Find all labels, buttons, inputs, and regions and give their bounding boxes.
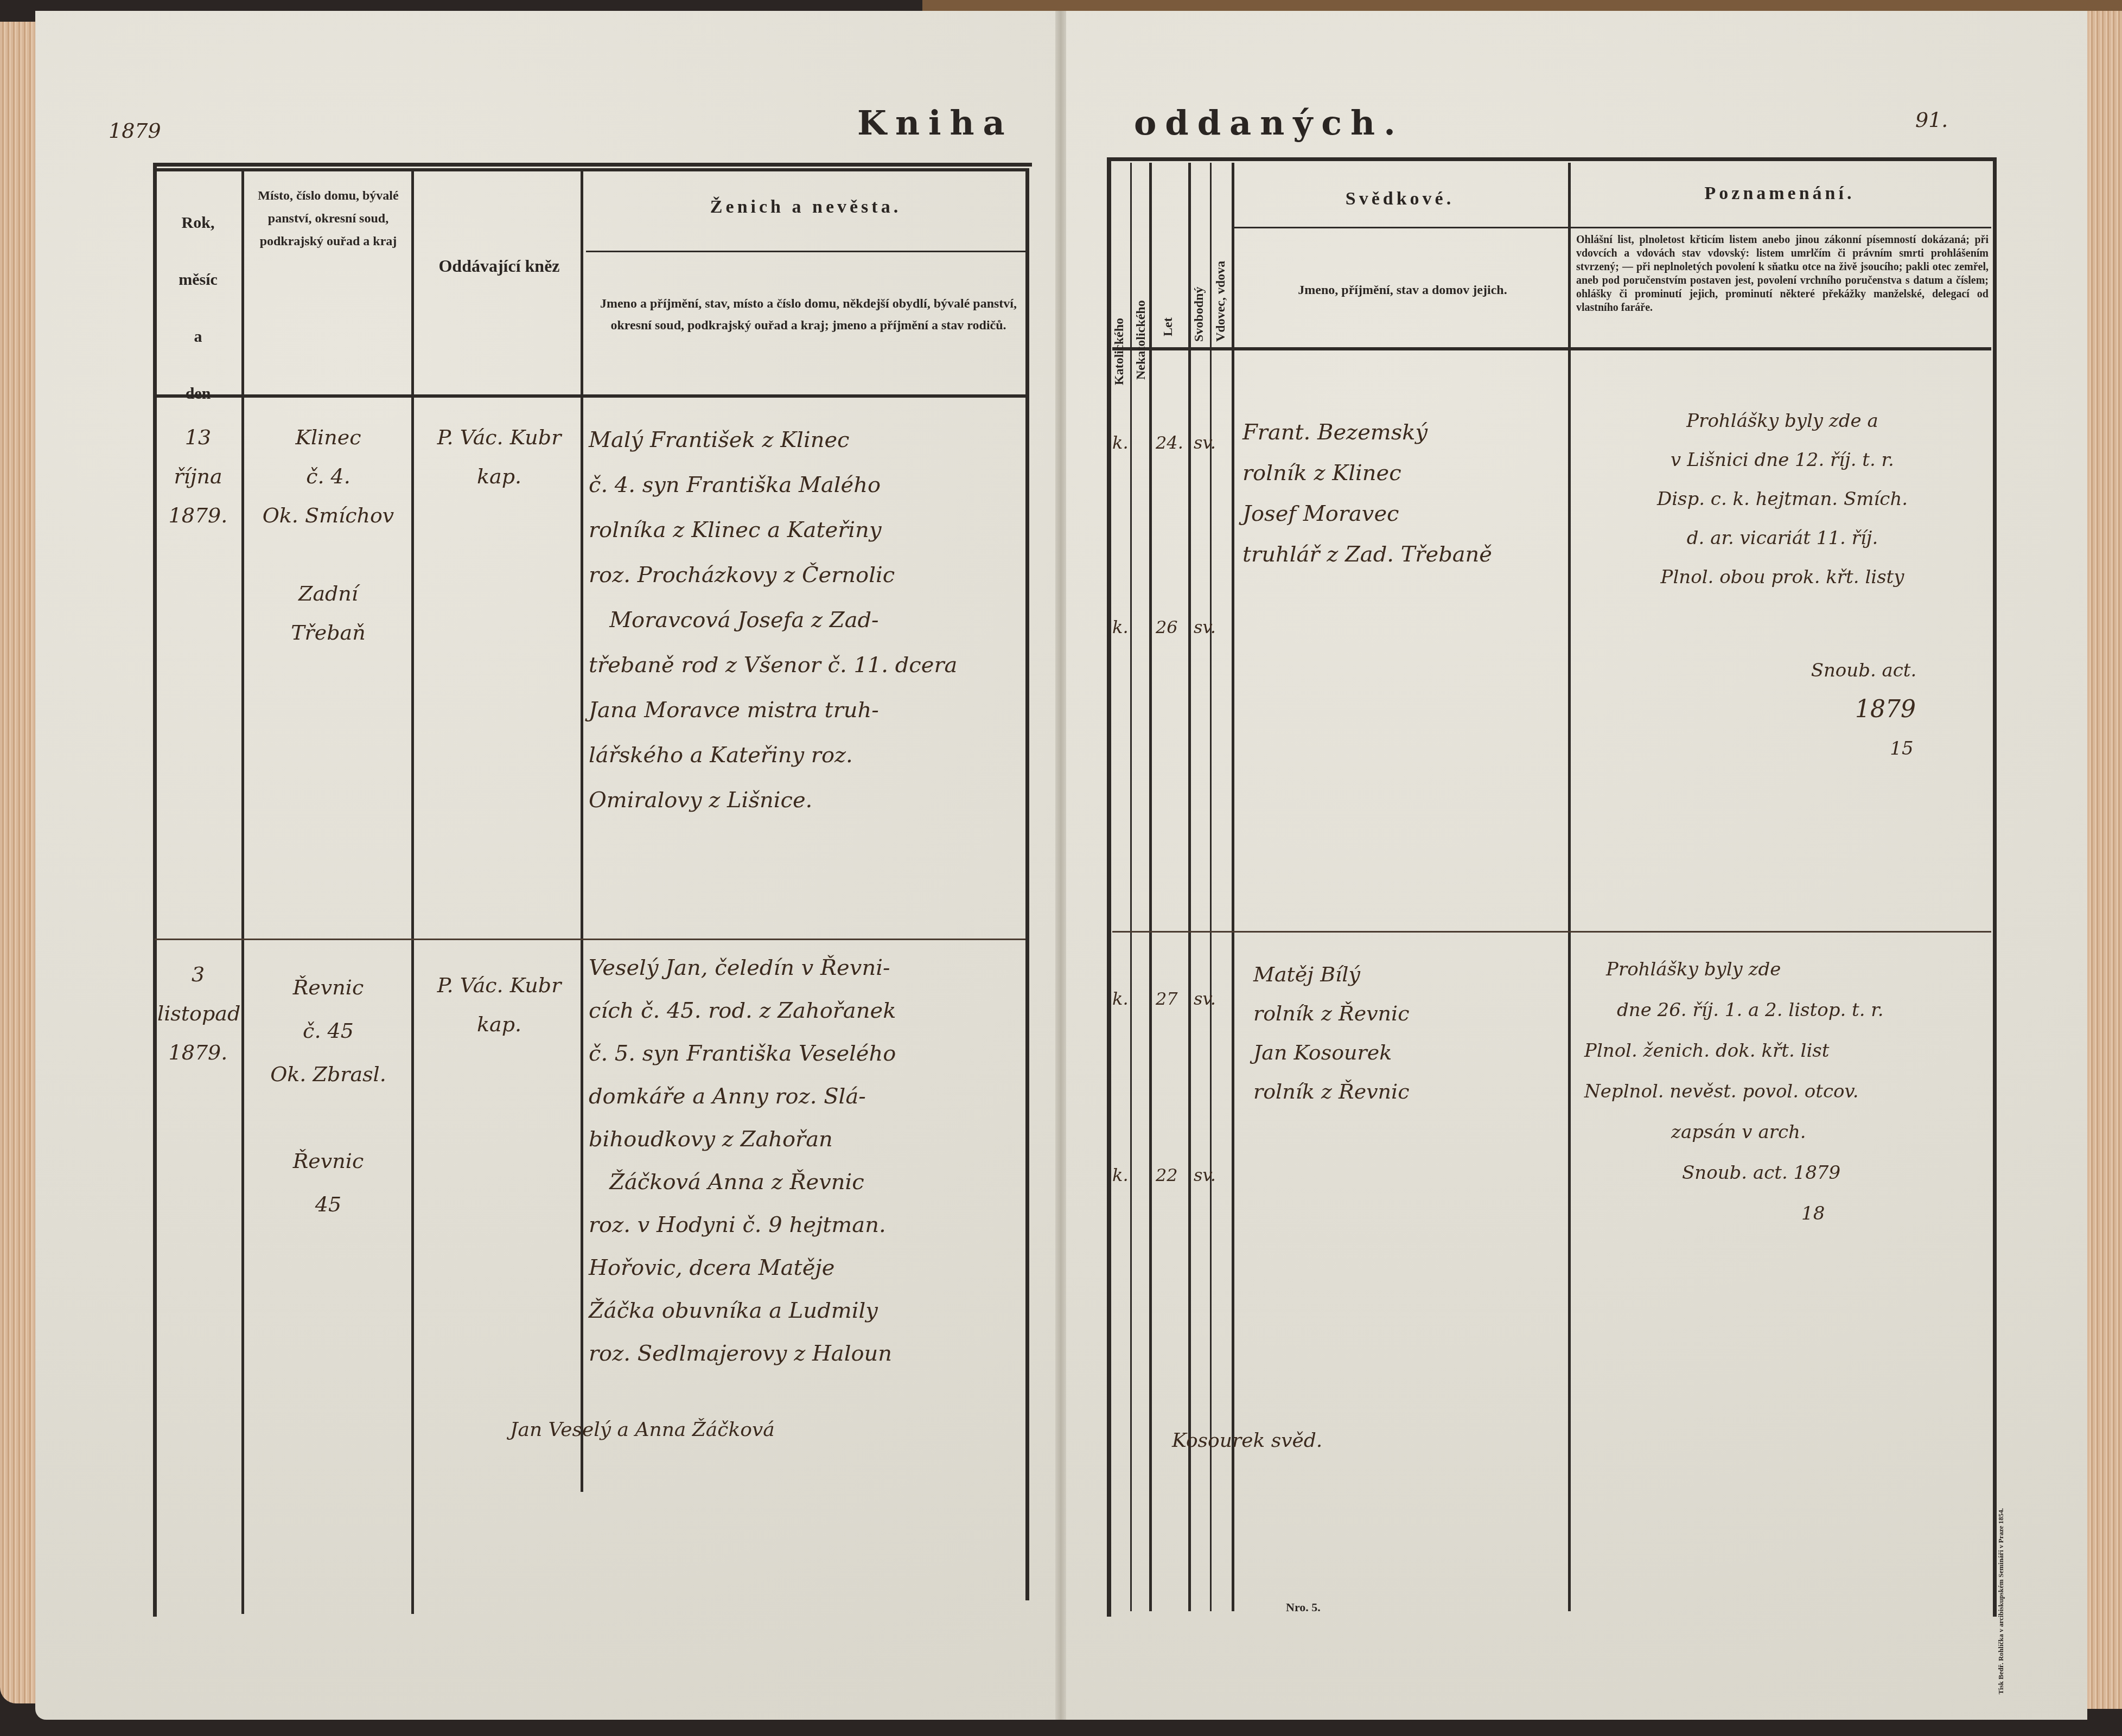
entry2-date: 3 listopad 1879. bbox=[157, 955, 239, 1072]
header-witnesses-title: Svědkové. bbox=[1237, 187, 1563, 211]
entry2-place-line: 45 bbox=[250, 1183, 407, 1226]
title-right: oddaných. bbox=[1134, 103, 1404, 143]
entry1-date: 13 října 1879. bbox=[157, 418, 239, 535]
header-couple-title: Ženich a nevěsta. bbox=[589, 195, 1023, 219]
spacer bbox=[250, 535, 407, 574]
entry1-note-line: Disp. c. k. hejtman. Smích. bbox=[1579, 480, 1986, 519]
entry1-couple-line: Malý František z Klinec bbox=[589, 418, 957, 463]
page-edges-left bbox=[0, 22, 38, 1703]
header-age: Let bbox=[1161, 304, 1176, 336]
entry1-note-line: d. ar. vicariát 11. říj. bbox=[1579, 519, 1986, 558]
entry1-witness-line: rolník z Klinec bbox=[1242, 453, 1492, 494]
entry2-witness-line: Jan Kosourek bbox=[1253, 1033, 1410, 1072]
entry1-note-line: 1879 bbox=[1579, 690, 1986, 729]
entry1-couple-line: rolníka z Klinec a Kateřiny bbox=[589, 508, 957, 553]
entry2-couple-line: cích č. 45. rod. z Zahořanek bbox=[589, 990, 896, 1032]
form-number: Nro. 5. bbox=[1286, 1600, 1321, 1614]
entry1-witness-line: Josef Moravec bbox=[1242, 494, 1492, 534]
entry2-couple-line: domkáře a Anny roz. Slá- bbox=[589, 1075, 896, 1118]
entry1-year: 1879. bbox=[157, 496, 239, 535]
entry2-bride-age: 22 bbox=[1156, 1156, 1178, 1195]
left-table-frame bbox=[153, 163, 1032, 1617]
entry2-couple-line: bihoudkovy z Zahořan bbox=[589, 1118, 896, 1161]
entry2-couple-line: Žáčka obuvníka a Ludmily bbox=[589, 1290, 896, 1332]
book-cover-edge bbox=[922, 0, 2122, 11]
col-divider bbox=[581, 168, 583, 1492]
entry2-note-line: Neplnol. nevěst. povol. otcov. bbox=[1584, 1071, 1986, 1112]
entry2-place-line: Ok. Zbrasl. bbox=[250, 1052, 407, 1096]
entry-separator bbox=[155, 939, 1025, 940]
entry2-bride-religion: k. bbox=[1112, 1156, 1129, 1195]
title-left: Kniha bbox=[857, 103, 1014, 143]
header-witnesses-sub: Jmeno, příjmění, stav a domov jejich. bbox=[1240, 282, 1565, 299]
entry2-bride-status: sv. bbox=[1194, 1156, 1216, 1195]
spacer bbox=[1579, 597, 1986, 651]
header-date: Rok, měsíc a den bbox=[157, 194, 239, 422]
entry1-note-line: Plnol. obou prok. křt. listy bbox=[1579, 558, 1986, 597]
col-divider bbox=[1130, 163, 1132, 1611]
entry2-day: 3 bbox=[157, 955, 239, 994]
entry1-witness-line: Frant. Bezemský bbox=[1242, 412, 1492, 453]
header-place: Místo, číslo domu, bývalé panství, okres… bbox=[250, 184, 407, 253]
entry2-witness-line: Matěj Bílý bbox=[1253, 955, 1410, 994]
entry2-priest-title: kap. bbox=[418, 1005, 581, 1044]
header-notes-sub: Ohlášní list, plnoletost křticím listem … bbox=[1576, 233, 1989, 315]
entry1-note-line: 15 bbox=[1579, 729, 1986, 768]
header-date-day: den bbox=[157, 365, 239, 422]
header-bottom-rule bbox=[155, 394, 1025, 398]
col-divider bbox=[1188, 163, 1191, 1611]
entry1-couple-line: roz. Procházkovy z Černolic bbox=[589, 553, 957, 598]
entry2-note-line: Prohlášky byly zde bbox=[1584, 949, 1986, 990]
entry1-groom-age: 24. bbox=[1156, 423, 1183, 462]
book-gutter bbox=[1055, 11, 1066, 1720]
signature-couple: Jan Veselý a Anna Žáčková bbox=[510, 1410, 775, 1450]
col-divider bbox=[411, 171, 414, 1614]
entry1-place-line: Třebaň bbox=[250, 613, 407, 652]
entry2-place-line: č. 45 bbox=[250, 1009, 407, 1052]
entry1-place-line: Zadní bbox=[250, 574, 407, 613]
entry1-place-line: Klinec bbox=[250, 418, 407, 457]
page-edges-right bbox=[2084, 11, 2122, 1709]
header-date-year: Rok, bbox=[157, 194, 239, 251]
right-table-frame bbox=[1107, 157, 1997, 1617]
header-noncatholic: Nekatolického bbox=[1134, 250, 1149, 380]
entry1-day: 13 bbox=[157, 418, 239, 457]
entry2-note-line: Snoub. act. 1879 bbox=[1584, 1153, 1986, 1193]
entry2-note-line: dne 26. říj. 1. a 2. listop. t. r. bbox=[1584, 990, 1986, 1031]
entry2-year: 1879. bbox=[157, 1033, 239, 1072]
header-notes-title: Poznamenání. bbox=[1573, 182, 1986, 206]
header-single: Svobodný bbox=[1192, 282, 1207, 342]
entry1-place: Klinec č. 4. Ok. Smíchov Zadní Třebaň bbox=[250, 418, 407, 652]
entry2-month: listopad bbox=[157, 994, 239, 1033]
header-priest: Oddávající kněz bbox=[420, 250, 578, 282]
header-sub-rule bbox=[1234, 227, 1991, 228]
entry1-month: října bbox=[157, 457, 239, 496]
entry2-witness-line: rolník z Řevnic bbox=[1253, 994, 1410, 1033]
entry1-priest-title: kap. bbox=[418, 457, 581, 496]
entry1-note-line: Snoub. act. bbox=[1579, 651, 1986, 690]
entry2-couple-line: Žáčková Anna z Řevnic bbox=[589, 1161, 896, 1204]
entry2-note-line: Plnol. ženich. dok. křt. list bbox=[1584, 1031, 1986, 1071]
register-spread: 1879 Kniha oddaných. 91. Rok, měsíc a de… bbox=[0, 0, 2122, 1720]
entry1-groom-religion: k. bbox=[1112, 423, 1129, 462]
col-divider bbox=[241, 171, 244, 1614]
entry2-couple: Veselý Jan, čeledín v Řevni- cích č. 45.… bbox=[589, 947, 896, 1375]
entry1-note-line: Prohlášky byly zde a bbox=[1579, 401, 1986, 441]
header-bottom-rule bbox=[1112, 347, 1991, 350]
col-divider bbox=[1568, 163, 1571, 1611]
entry2-couple-line: Veselý Jan, čeledín v Řevni- bbox=[589, 947, 896, 990]
entry2-witnesses: Matěj Bílý rolník z Řevnic Jan Kosourek … bbox=[1253, 955, 1410, 1111]
entry2-notes: Prohlášky byly zde dne 26. říj. 1. a 2. … bbox=[1584, 949, 1986, 1234]
entry2-couple-line: Hořovic, dcera Matěje bbox=[589, 1247, 896, 1290]
signature-witness: Kosourek svěd. bbox=[1172, 1421, 1322, 1460]
spacer bbox=[250, 1096, 407, 1139]
entry1-couple-line: třebaně rod z Všenor č. 11. dcera bbox=[589, 643, 957, 688]
entry1-bride-age: 26 bbox=[1156, 608, 1178, 647]
entry1-note-line: v Lišnici dne 12. říj. t. r. bbox=[1579, 441, 1986, 480]
col-divider bbox=[1210, 163, 1212, 1611]
entry1-priest-name: P. Vác. Kubr bbox=[418, 418, 581, 457]
entry1-couple-line: č. 4. syn Františka Malého bbox=[589, 463, 957, 508]
header-sub-rule bbox=[586, 251, 1025, 252]
entry1-bride-status: sv. bbox=[1194, 608, 1216, 647]
entry2-groom-age: 27 bbox=[1156, 979, 1178, 1018]
entry2-couple-line: č. 5. syn Františka Veselého bbox=[589, 1032, 896, 1075]
entry1-notes: Prohlášky byly zde a v Lišnici dne 12. ř… bbox=[1579, 401, 1986, 768]
header-catholic: Katolického bbox=[1112, 255, 1127, 385]
entry2-groom-religion: k. bbox=[1112, 979, 1129, 1018]
page-number: 91. bbox=[1915, 100, 1948, 139]
handwritten-year: 1879 bbox=[109, 111, 161, 150]
left-top-rule bbox=[153, 168, 1027, 171]
entry2-witness-line: rolník z Řevnic bbox=[1253, 1072, 1410, 1111]
header-widowed: Vdovec, vdova bbox=[1214, 244, 1228, 342]
header-couple-sub: Jmeno a příjmění, stav, místo a číslo do… bbox=[597, 293, 1020, 336]
entry1-groom-status: sv. bbox=[1194, 423, 1216, 462]
entry2-place: Řevnic č. 45 Ok. Zbrasl. Řevnic 45 bbox=[250, 966, 407, 1226]
entry2-priest-name: P. Vác. Kubr bbox=[418, 966, 581, 1005]
printer-imprint: Tisk Bedř. Rohlíčka v arcibiskupském Sem… bbox=[1997, 1508, 2005, 1694]
entry1-bride-religion: k. bbox=[1112, 608, 1129, 647]
entry2-couple-line: roz. Sedlmajerovy z Haloun bbox=[589, 1332, 896, 1375]
entry-separator bbox=[1112, 931, 1991, 933]
entry2-note-line: 18 bbox=[1584, 1193, 1986, 1234]
entry1-witnesses: Frant. Bezemský rolník z Klinec Josef Mo… bbox=[1242, 412, 1492, 575]
entry1-couple: Malý František z Klinec č. 4. syn Franti… bbox=[589, 418, 957, 823]
entry2-place-line: Řevnic bbox=[250, 1139, 407, 1183]
header-date-and: a bbox=[157, 308, 239, 365]
entry2-couple-line: roz. v Hodyni č. 9 hejtman. bbox=[589, 1204, 896, 1247]
col-divider bbox=[1025, 168, 1029, 1600]
entry2-note-line: zapsán v arch. bbox=[1584, 1112, 1986, 1153]
entry1-couple-line: Moravcová Josefa z Zad- bbox=[589, 598, 957, 643]
entry2-priest: P. Vác. Kubr kap. bbox=[418, 966, 581, 1044]
entry1-couple-line: Omiralovy z Lišnice. bbox=[589, 778, 957, 823]
entry1-couple-line: lářského a Kateřiny roz. bbox=[589, 733, 957, 778]
entry2-groom-status: sv. bbox=[1194, 979, 1216, 1018]
header-date-month: měsíc bbox=[157, 251, 239, 308]
entry1-witness-line: truhlář z Zad. Třebaně bbox=[1242, 534, 1492, 575]
col-divider bbox=[1232, 163, 1234, 1611]
col-divider bbox=[1149, 163, 1152, 1611]
entry1-couple-line: Jana Moravce mistra truh- bbox=[589, 688, 957, 733]
entry2-place-line: Řevnic bbox=[250, 966, 407, 1009]
entry1-place-line: č. 4. bbox=[250, 457, 407, 496]
entry1-place-line: Ok. Smíchov bbox=[250, 496, 407, 535]
entry1-priest: P. Vác. Kubr kap. bbox=[418, 418, 581, 496]
